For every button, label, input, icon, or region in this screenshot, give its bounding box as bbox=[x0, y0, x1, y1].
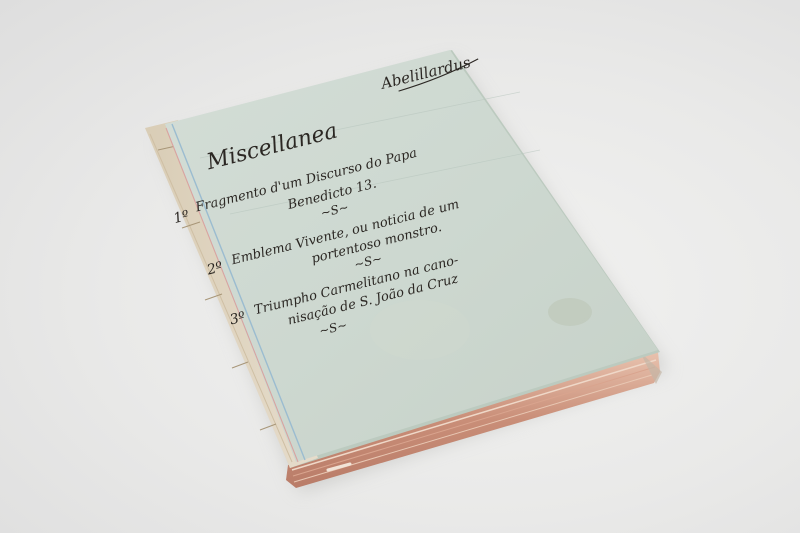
entry-3-line2: nisação de S. João da Cruz bbox=[286, 272, 460, 329]
under-sheet bbox=[150, 50, 660, 468]
entry-3-line1: Triumpho Carmelitano na cano- bbox=[253, 253, 460, 318]
booklet-cover bbox=[165, 50, 658, 462]
manuscript-title: Miscellanea bbox=[203, 119, 340, 176]
booklet-illustration bbox=[0, 0, 800, 533]
entry-2-number: 2º bbox=[204, 259, 224, 279]
booklet-shadow bbox=[160, 60, 668, 492]
flourish-2: ~S~ bbox=[353, 251, 384, 271]
handwriting-layer: Abelillardus Miscellanea 1º Fragmento d'… bbox=[0, 0, 800, 533]
stitched-spine bbox=[145, 120, 318, 468]
page-stack bbox=[286, 352, 662, 488]
entry-2-line1: Emblema Vivente, ou noticia de um bbox=[229, 197, 461, 268]
entry-1-line1: Fragmento d'um Discurso do Papa bbox=[193, 146, 418, 216]
signature-text: Abelillardus bbox=[377, 53, 472, 93]
entry-2-line2: portentoso monstro. bbox=[310, 220, 443, 267]
photo-scene: Abelillardus Miscellanea 1º Fragmento d'… bbox=[0, 0, 800, 533]
entry-3-number: 3º bbox=[228, 309, 247, 328]
entry-1-line2: Benedicto 13. bbox=[285, 176, 378, 213]
entry-1-number: 1º bbox=[172, 208, 191, 227]
flourish-1: ~S~ bbox=[319, 200, 350, 220]
flourish-3: ~S~ bbox=[318, 318, 349, 338]
